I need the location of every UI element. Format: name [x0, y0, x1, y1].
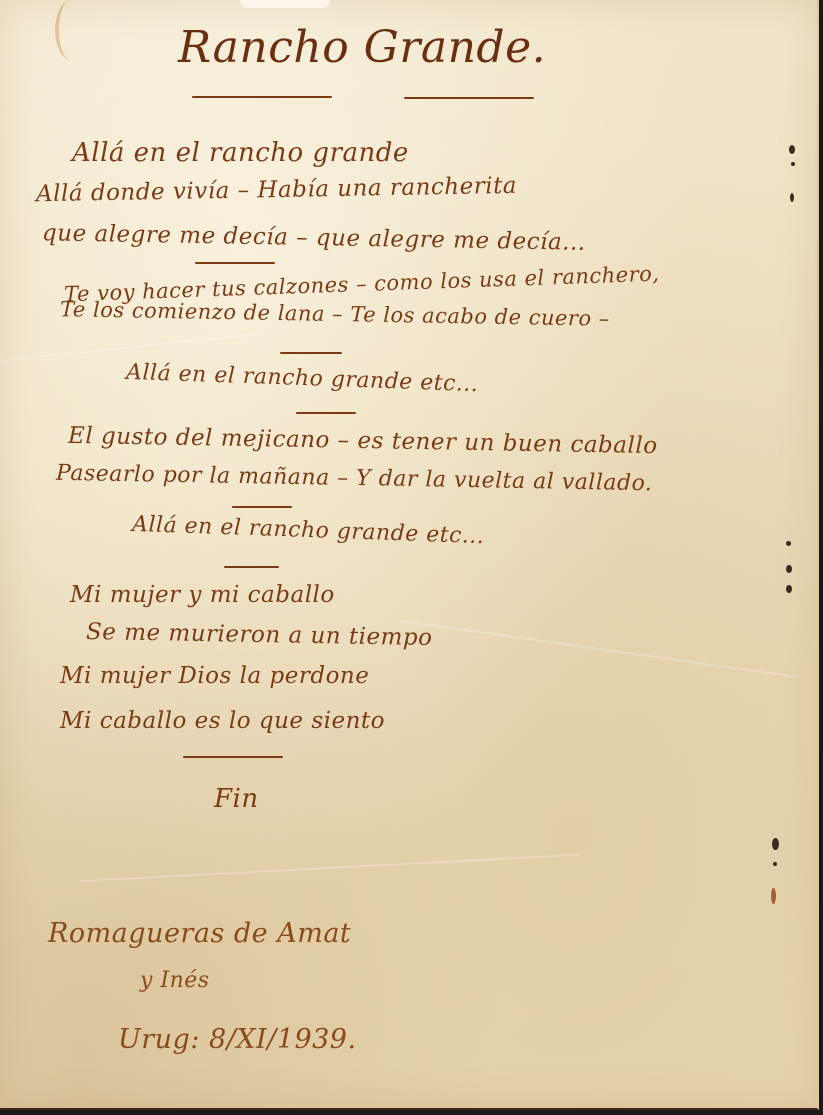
lyric-line: Se me murieron a un tiempo	[86, 619, 433, 651]
paper-crease	[400, 620, 796, 678]
binding-hole	[790, 193, 794, 202]
section-divider	[280, 352, 342, 354]
section-divider	[296, 412, 356, 414]
signature-date: Urug: 8/XI/1939.	[118, 1024, 357, 1055]
binding-hole	[786, 585, 792, 593]
lyric-line: Mi caballo es lo que siento	[60, 708, 385, 734]
binding-hole	[786, 565, 792, 573]
lyric-line: Allá en el rancho grande	[72, 138, 409, 168]
signature-initials: y Inés	[140, 968, 210, 993]
section-divider	[232, 506, 292, 508]
lyric-line: Pasearlo por la mañana – Y dar la vuelta…	[56, 461, 653, 496]
section-divider	[224, 566, 279, 568]
section-divider	[183, 756, 283, 758]
lyric-line: El gusto del mejicano – es tener un buen…	[68, 423, 658, 459]
ending-mark: Fin	[214, 784, 259, 814]
manuscript-page: Rancho Grande. Allá en el rancho grande …	[0, 0, 819, 1110]
binding-hole	[772, 838, 779, 850]
binding-hole	[771, 888, 776, 904]
binding-hole	[789, 145, 795, 154]
signature-name: Romagueras de Amat	[48, 918, 351, 949]
section-divider	[195, 262, 275, 264]
paper-crease	[0, 333, 259, 362]
water-stain	[55, 0, 87, 60]
title-underline	[192, 96, 332, 98]
lyric-line: Allá donde vivía – Había una rancherita	[36, 173, 517, 207]
paper-tear	[240, 0, 330, 8]
lyric-line: Mi mujer Dios la perdone	[60, 663, 369, 689]
binding-hole	[773, 862, 777, 866]
lyric-line: Mi mujer y mi caballo	[70, 582, 335, 608]
binding-hole	[791, 162, 795, 166]
binding-hole	[786, 541, 791, 546]
paper-crease	[80, 854, 579, 882]
song-title: Rancho Grande.	[178, 22, 546, 73]
lyric-line: que alegre me decía – que alegre me decí…	[42, 220, 586, 255]
title-underline	[404, 97, 534, 99]
refrain-line: Allá en el rancho grande etc...	[132, 512, 485, 549]
lyric-line: Te los comienzo de lana – Te los acabo d…	[60, 297, 610, 331]
refrain-line: Allá en el rancho grande etc...	[126, 360, 479, 397]
